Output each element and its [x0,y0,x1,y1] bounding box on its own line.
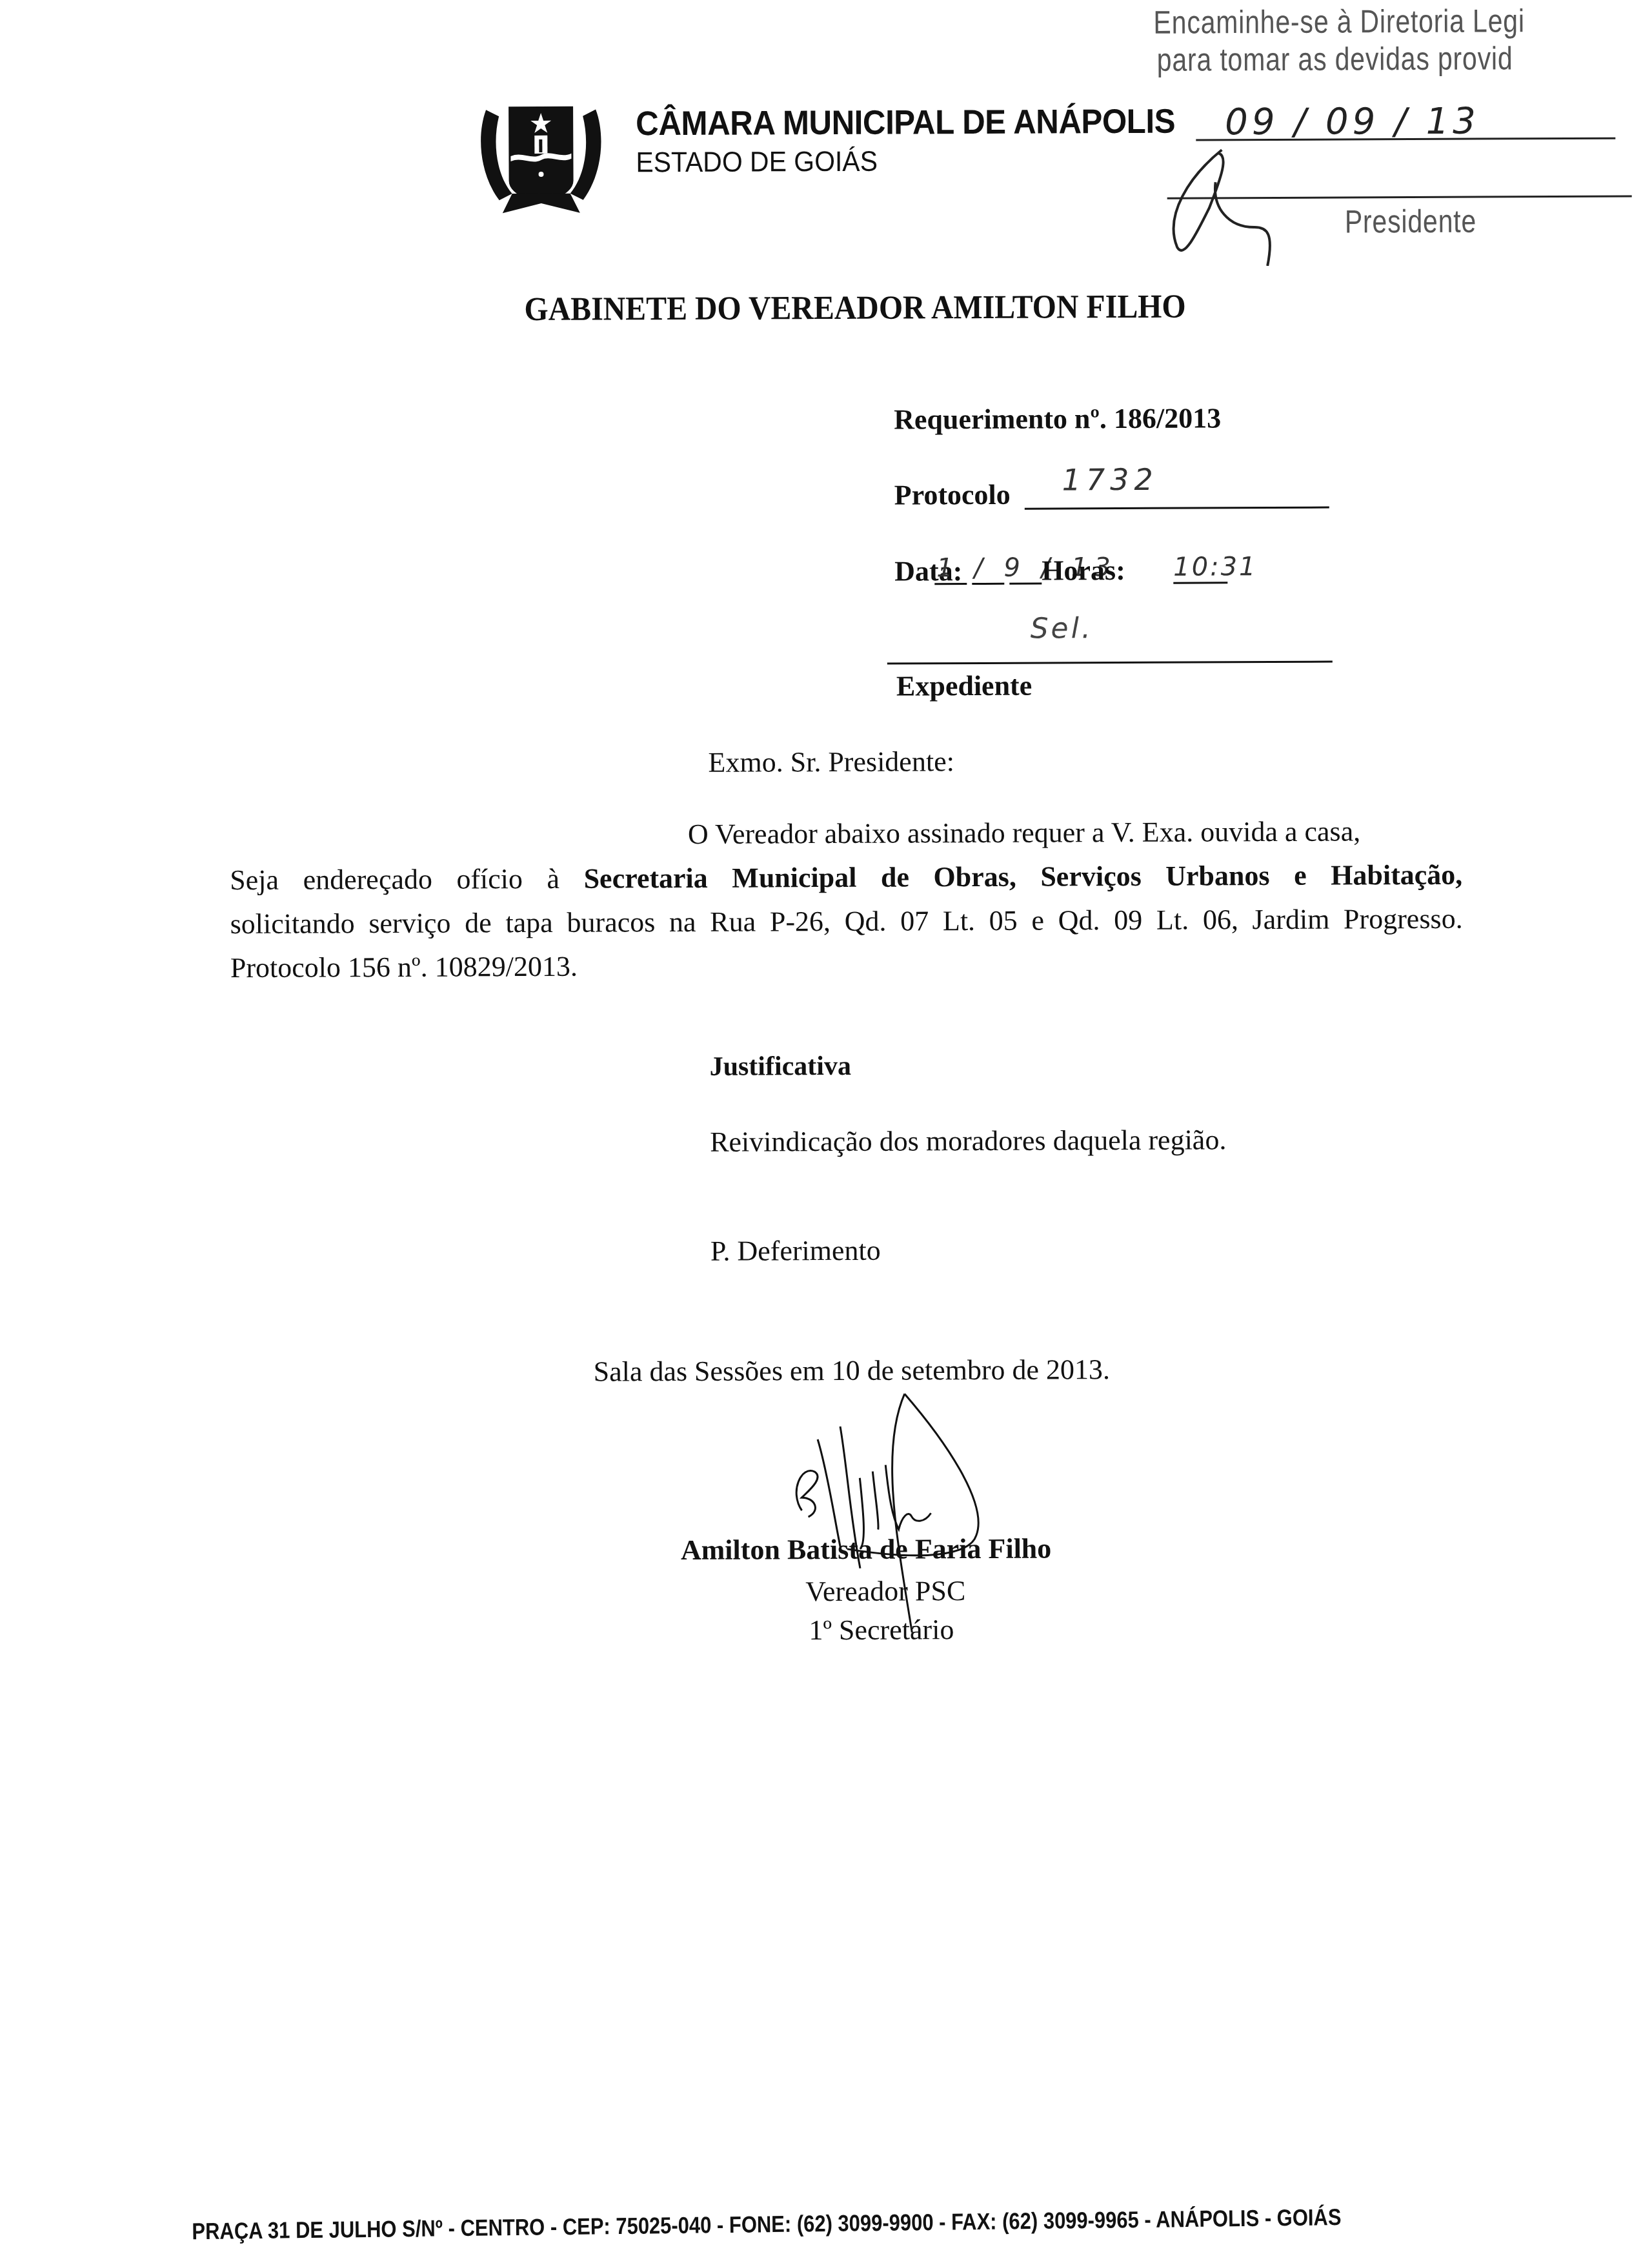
signer-title: 1º Secretário [809,1613,954,1647]
expediente-signature: Sel. [1031,612,1093,645]
secretariat-name: Secretaria Municipal de Obras, Serviços … [583,859,1462,895]
protocol-label: Protocolo [894,478,1011,512]
document-page: CÂMARA MUNICIPAL DE ANÁPOLIS ESTADO DE G… [0,0,1652,2263]
office-title: GABINETE DO VEREADOR AMILTON FILHO [524,288,1186,329]
date-month-rule [972,583,1004,585]
stamp-instruction-line2: para tomar as devidas provid [1157,39,1513,78]
municipal-coat-of-arms-icon [473,83,609,219]
time-field-rule [1173,582,1227,584]
salutation: Exmo. Sr. Presidente: [708,745,954,779]
date-day-rule [934,583,967,585]
body-line-2: Seja endereçado ofício à Secretaria Muni… [230,858,1462,897]
signer-role: Vereador PSC [805,1574,965,1608]
protocol-field-rule [1025,507,1329,510]
president-signature-icon [1151,136,1345,266]
stamp-signer-label: Presidente [1345,203,1476,241]
closing: P. Deferimento [710,1234,881,1268]
place-and-date: Sala das Sessões em 10 de setembro de 20… [594,1353,1111,1388]
organization-name: CÂMARA MUNICIPAL DE ANÁPOLIS [636,102,1175,144]
protocol-field: 1732 [1062,462,1158,498]
expediente-label: Expediente [896,669,1032,703]
request-number: Requerimento nº. 186/2013 [894,401,1221,436]
signer-name: Amilton Batista de Faria Filho [681,1532,1052,1567]
organization-state: ESTADO DE GOIÁS [636,146,878,179]
body-line-1: O Vereador abaixo assinado requer a V. E… [688,815,1360,851]
expediente-rule [887,661,1333,665]
address-footer: PRAÇA 31 DE JULHO S/Nº - CENTRO - CEP: 7… [192,2204,1341,2245]
stamp-instruction-line1: Encaminhe-se à Diretoria Legi [1153,2,1525,41]
time-label: Horas: [1042,554,1125,587]
justification-text: Reivindicação dos moradores daquela regi… [710,1123,1226,1158]
body-line-3: solicitando serviço de tapa buracos na R… [230,902,1462,940]
date-year-rule [1009,583,1042,585]
time-field: 10:31 [1173,552,1257,582]
justification-heading: Justificativa [709,1051,851,1082]
body-line-4: Protocolo 156 nº. 10829/2013. [230,950,578,984]
body-line-2-prefix: Seja endereçado ofício à [230,863,559,896]
